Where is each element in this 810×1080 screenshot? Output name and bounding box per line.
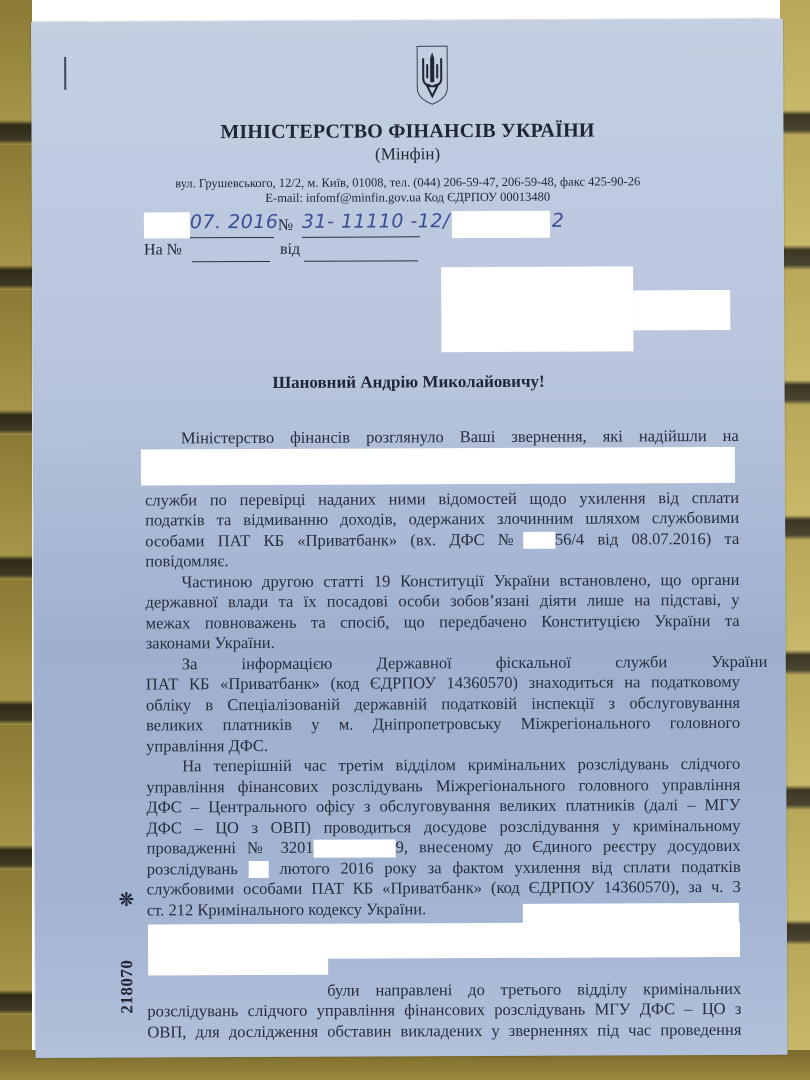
body-line: управління фінансових розслідувань Міжре…	[146, 774, 740, 797]
reply-date-underline	[304, 260, 418, 261]
body-line: повідомляє.	[145, 549, 739, 572]
body-line: На теперішній час третім відділом кримін…	[146, 754, 740, 777]
body-line: ДФС – ЦО з ОВП) проводиться досудове роз…	[146, 815, 740, 838]
redaction-box	[148, 922, 740, 960]
body-line: розслідувань лютого 2016 року за фактом …	[147, 856, 741, 879]
redaction-box	[523, 532, 555, 549]
body-line: ПАТ КБ «Приватбанк» (код ЄДРПОУ 14360570…	[146, 672, 740, 695]
redaction-box	[249, 861, 269, 878]
body-line: державної влади та їх посадові особи зоб…	[145, 590, 739, 613]
redaction-box	[452, 211, 550, 238]
addressee-redaction	[441, 266, 633, 352]
body-line: межах повноважень та спосіб, що передбач…	[146, 610, 740, 633]
body-line: були направлені до третього відділу крим…	[147, 978, 741, 1001]
redacted-line	[145, 446, 739, 490]
body-line: податків та відмиванню доходів, одержани…	[145, 508, 739, 531]
ukraine-trident-icon	[415, 44, 449, 106]
body-line: великих платників у м. Дніпропетровську …	[146, 713, 740, 736]
body-line: Частиною другою статті 19 Конституції Ук…	[145, 569, 739, 592]
body-line: особами ПАТ КБ «Приватбанк» (вх. ДФС №56…	[145, 528, 739, 551]
redaction-box	[314, 840, 396, 858]
asterisk-mark: ❊	[119, 890, 134, 911]
body-line: управління ДФС.	[146, 733, 740, 756]
addressee-redaction	[633, 290, 730, 330]
body-line: розслідувань слідчого управління фінансо…	[147, 999, 741, 1022]
ministry-short-name: (Мінфін)	[32, 143, 784, 166]
redaction-box	[148, 957, 328, 976]
letter-page: МІНІСТЕРСТВО ФІНАНСІВ УКРАЇНИ (Мінфін) в…	[31, 19, 788, 1058]
number-label: №	[278, 217, 293, 235]
reference-block: 07. 2016 № 31- 11110 -12/ 2 На № від	[144, 209, 764, 264]
ministry-contact: E-mail: infomf@minfin.gov.ua Код ЄДРПОУ …	[32, 189, 784, 207]
body-line: служби по перевірці наданих ними відомос…	[145, 487, 739, 510]
number-underline	[302, 236, 420, 238]
redaction-box	[141, 446, 735, 485]
body-line: За інформацією Державної фіскальної служ…	[146, 651, 740, 674]
body-line: ОВП, для дослідження обставин викладених…	[147, 1019, 741, 1042]
salutation: Шановний Андрію Миколайовичу!	[33, 371, 785, 394]
reply-number-underline	[192, 261, 270, 262]
body-line: обліку в Спеціалізованій державній подат…	[146, 692, 740, 715]
ministry-name: МІНІСТЕРСТВО ФІНАНСІВ УКРАЇНИ	[31, 119, 783, 145]
handwritten-number-suffix: 2	[552, 210, 565, 232]
reply-number-label: На №	[144, 241, 182, 259]
pencil-mark	[64, 57, 66, 90]
body-line: ДФС – Центрального офісу з обслуговуванн…	[146, 795, 740, 818]
handwritten-number: 31- 11110 -12/	[302, 210, 450, 233]
body-line: провадженні № 32019, внесеному до Єдиног…	[147, 836, 741, 859]
registration-number: 218070	[117, 914, 141, 1024]
body-line: службовими особами ПАТ КБ «Приватбанк» (…	[147, 877, 741, 900]
body-line: Міністерство фінансів розглянуло Ваші зв…	[145, 426, 739, 449]
background-bench-left	[0, 0, 32, 1080]
handwritten-date: 07. 2016	[190, 211, 279, 233]
redaction-box	[144, 212, 190, 238]
reply-from-label: від	[280, 241, 300, 259]
body-line: законами України.	[146, 631, 740, 654]
date-underline	[190, 237, 274, 238]
